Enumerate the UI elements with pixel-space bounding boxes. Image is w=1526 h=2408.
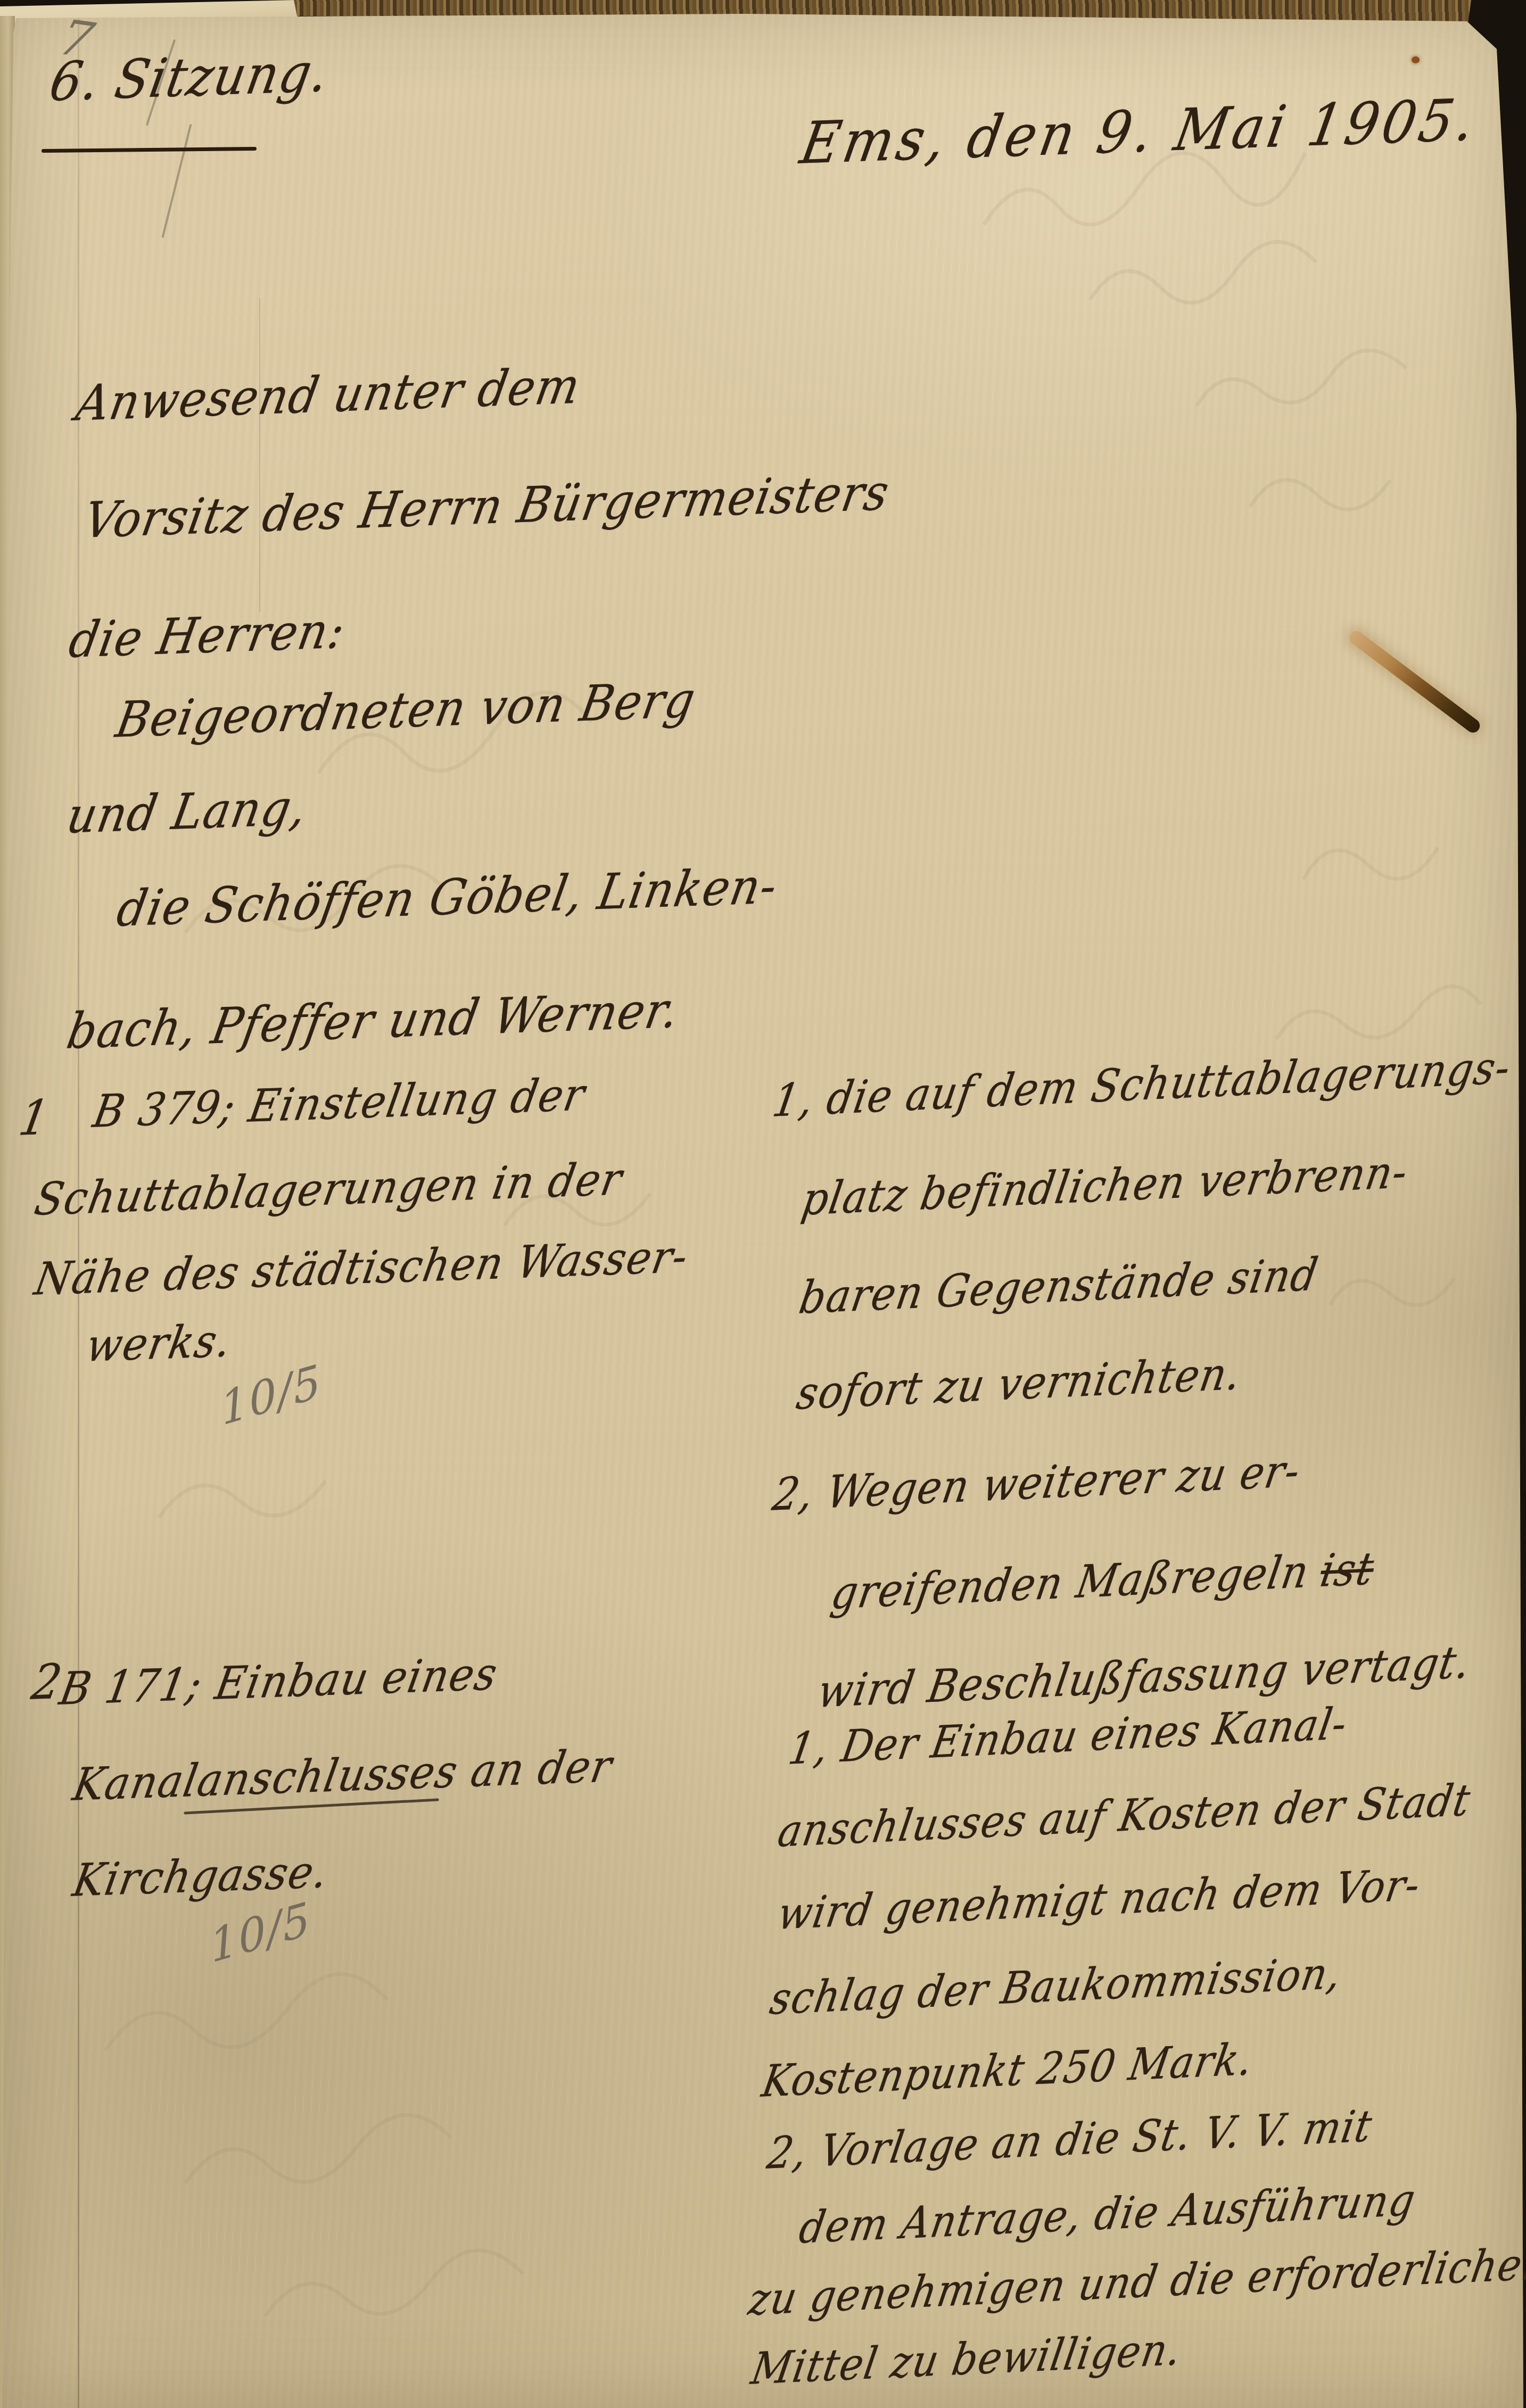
attendance-line: die Herren: xyxy=(65,602,350,669)
attendance-line: und Lang, xyxy=(63,779,312,845)
session-heading: 6. Sitzung. xyxy=(45,41,334,113)
item-1-subject-line: werks. xyxy=(83,1314,236,1372)
scanned-manuscript-page: 7 6. Sitzung. Ems, den 9. Mai 1905. Anwe… xyxy=(0,0,1526,2408)
fold-crease-line xyxy=(259,298,260,612)
struck-word: ist xyxy=(1317,1542,1378,1597)
rust-spot xyxy=(1412,56,1420,63)
